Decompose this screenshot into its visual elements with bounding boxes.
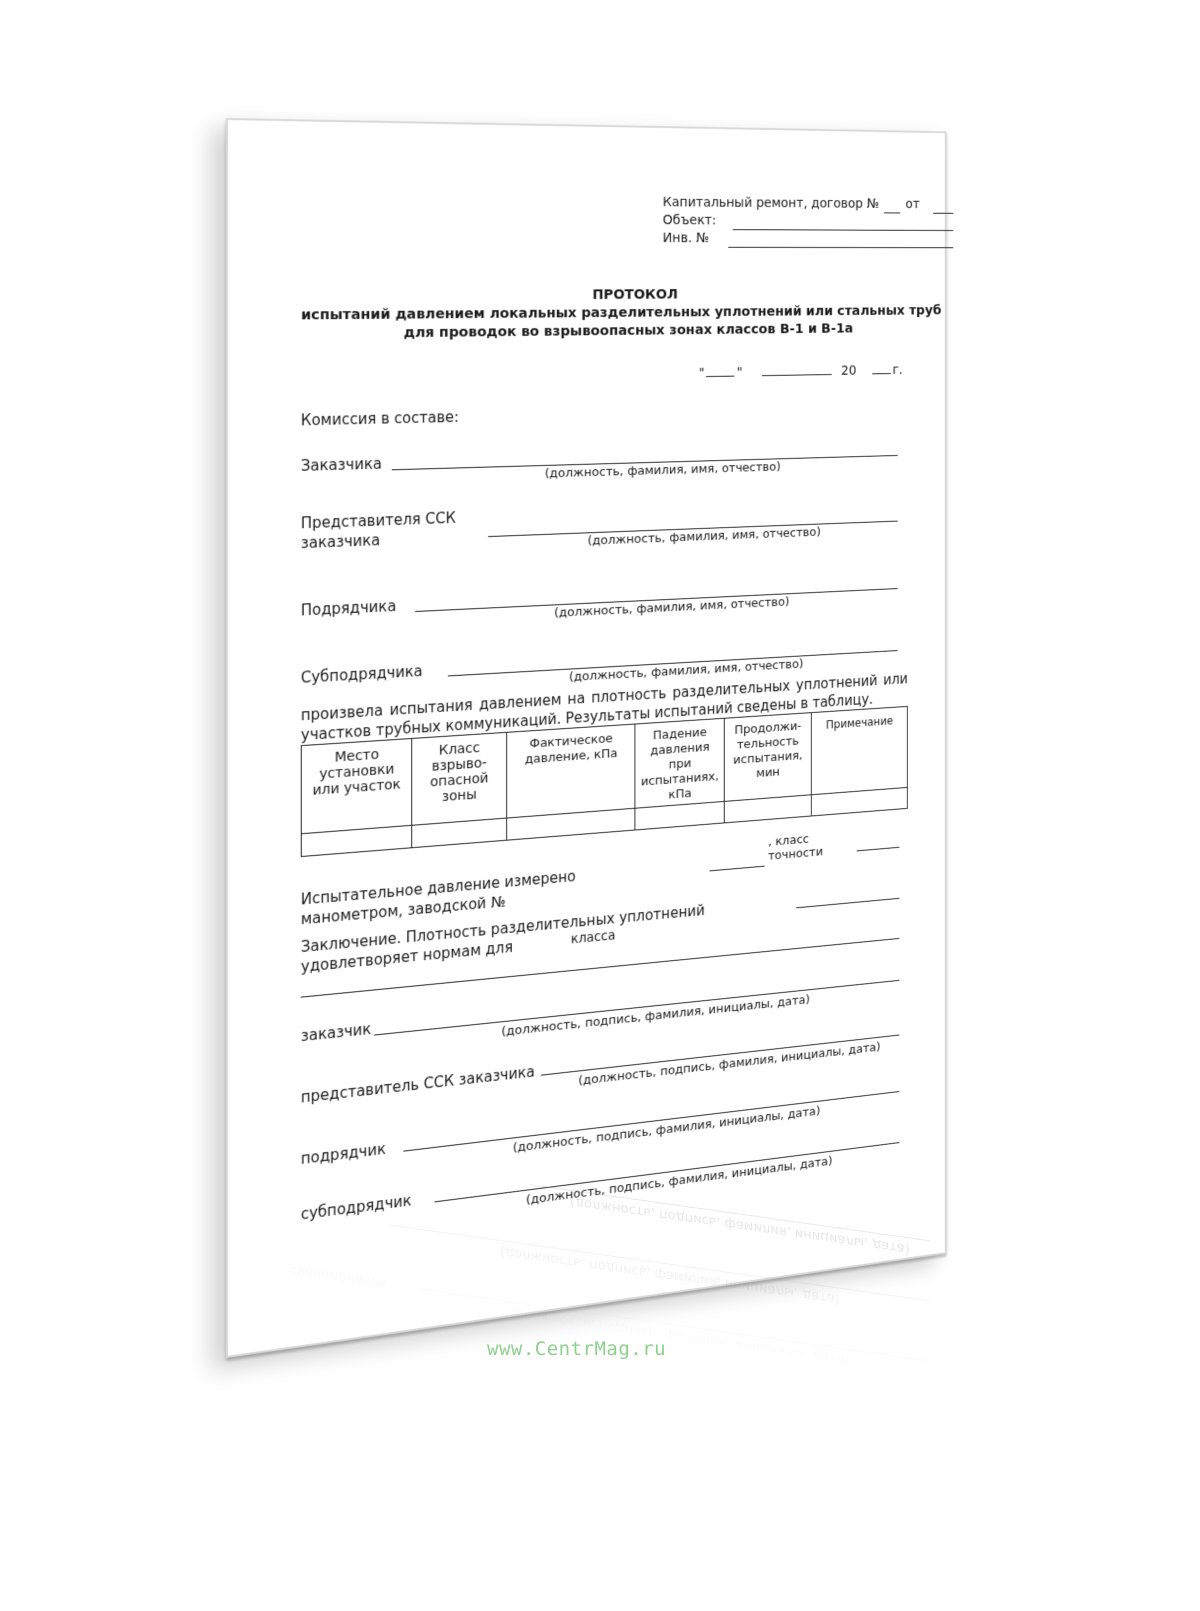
manometer-number-field[interactable]	[710, 853, 765, 872]
year-prefix: 20	[841, 364, 856, 379]
sig-customer-label: заказчик	[301, 1019, 371, 1046]
member-subcontractor-label: Субподрядчика	[301, 661, 423, 687]
month-field[interactable]	[762, 361, 832, 376]
document-page: Капитальный ремонт, договор № от Объект:…	[226, 118, 947, 1358]
inv-row: Инв. №	[663, 230, 959, 248]
member-customer-label: Заказчика	[301, 454, 382, 476]
sig-ssk-label: представитель ССК заказчика	[301, 1062, 535, 1108]
conclusion-field[interactable]	[796, 885, 899, 908]
sig-contractor-label: подрядчик	[301, 1139, 386, 1169]
day-field[interactable]	[706, 363, 735, 377]
contract-date-field[interactable]	[933, 200, 953, 214]
inv-label: Инв. №	[663, 230, 709, 248]
document-scene: Капитальный ремонт, договор № от Объект:…	[0, 0, 1200, 1611]
col-duration: Продолжи-тельность испытания, мин	[724, 713, 811, 802]
member-ssk-label: Представителя ССК заказчика	[301, 508, 467, 553]
contract-number-field[interactable]	[884, 200, 900, 214]
member-contractor-label: Подрядчика	[301, 596, 396, 620]
date-row: "" 20 г.	[699, 360, 903, 381]
col-pressure-drop: Падение давления при испытаниях, кПа	[635, 718, 724, 808]
page-content: Капитальный ремонт, договор № от Объект:…	[301, 191, 908, 197]
close-quote: "	[737, 365, 743, 380]
from-label: от	[906, 196, 920, 213]
year-suffix: г.	[893, 363, 903, 378]
col-location: Место установки или участок	[301, 738, 411, 833]
object-label: Объект:	[663, 212, 717, 230]
col-actual-pressure: Фактическое давление, кПа	[506, 724, 635, 818]
open-quote: "	[699, 366, 705, 381]
inv-number-field[interactable]	[729, 234, 954, 248]
header-block: Капитальный ремонт, договор № от Объект:…	[663, 194, 959, 248]
object-field[interactable]	[732, 216, 953, 231]
accuracy-class-label: , класс точности	[768, 831, 829, 864]
col-note: Примечание	[811, 706, 907, 794]
col-zone-class: Класс взрыво-опасной зоны	[412, 732, 507, 825]
commission-heading: Комиссия в составе:	[301, 407, 459, 430]
sig-subcontractor-label: субподрядчик	[301, 1191, 412, 1225]
object-row: Объект:	[663, 212, 959, 231]
repair-label: Капитальный ремонт, договор №	[663, 194, 879, 213]
year-field[interactable]	[872, 360, 891, 374]
document-title: ПРОТОКОЛ испытаний давлением локальных р…	[301, 285, 942, 344]
contract-row: Капитальный ремонт, договор № от	[663, 194, 959, 214]
watermark: www.CentrMag.ru	[487, 1338, 666, 1360]
accuracy-class-field[interactable]	[857, 834, 900, 851]
